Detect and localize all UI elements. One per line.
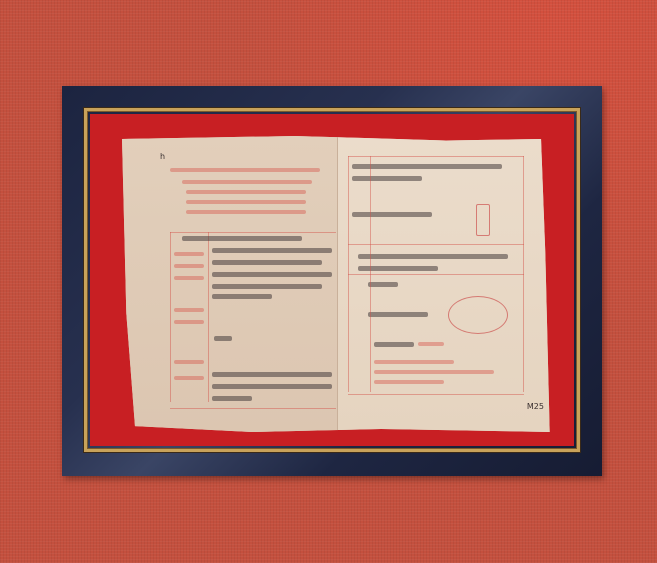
picture-frame: h [62, 86, 602, 476]
page-number: M25 [527, 402, 544, 411]
red-mat: h [90, 114, 574, 446]
gold-trim: h [84, 108, 580, 452]
corner-mark: h [160, 152, 165, 161]
document-left-page: h [122, 136, 338, 432]
document-right-page: M25 [337, 136, 554, 432]
document-paper: h [122, 136, 554, 432]
